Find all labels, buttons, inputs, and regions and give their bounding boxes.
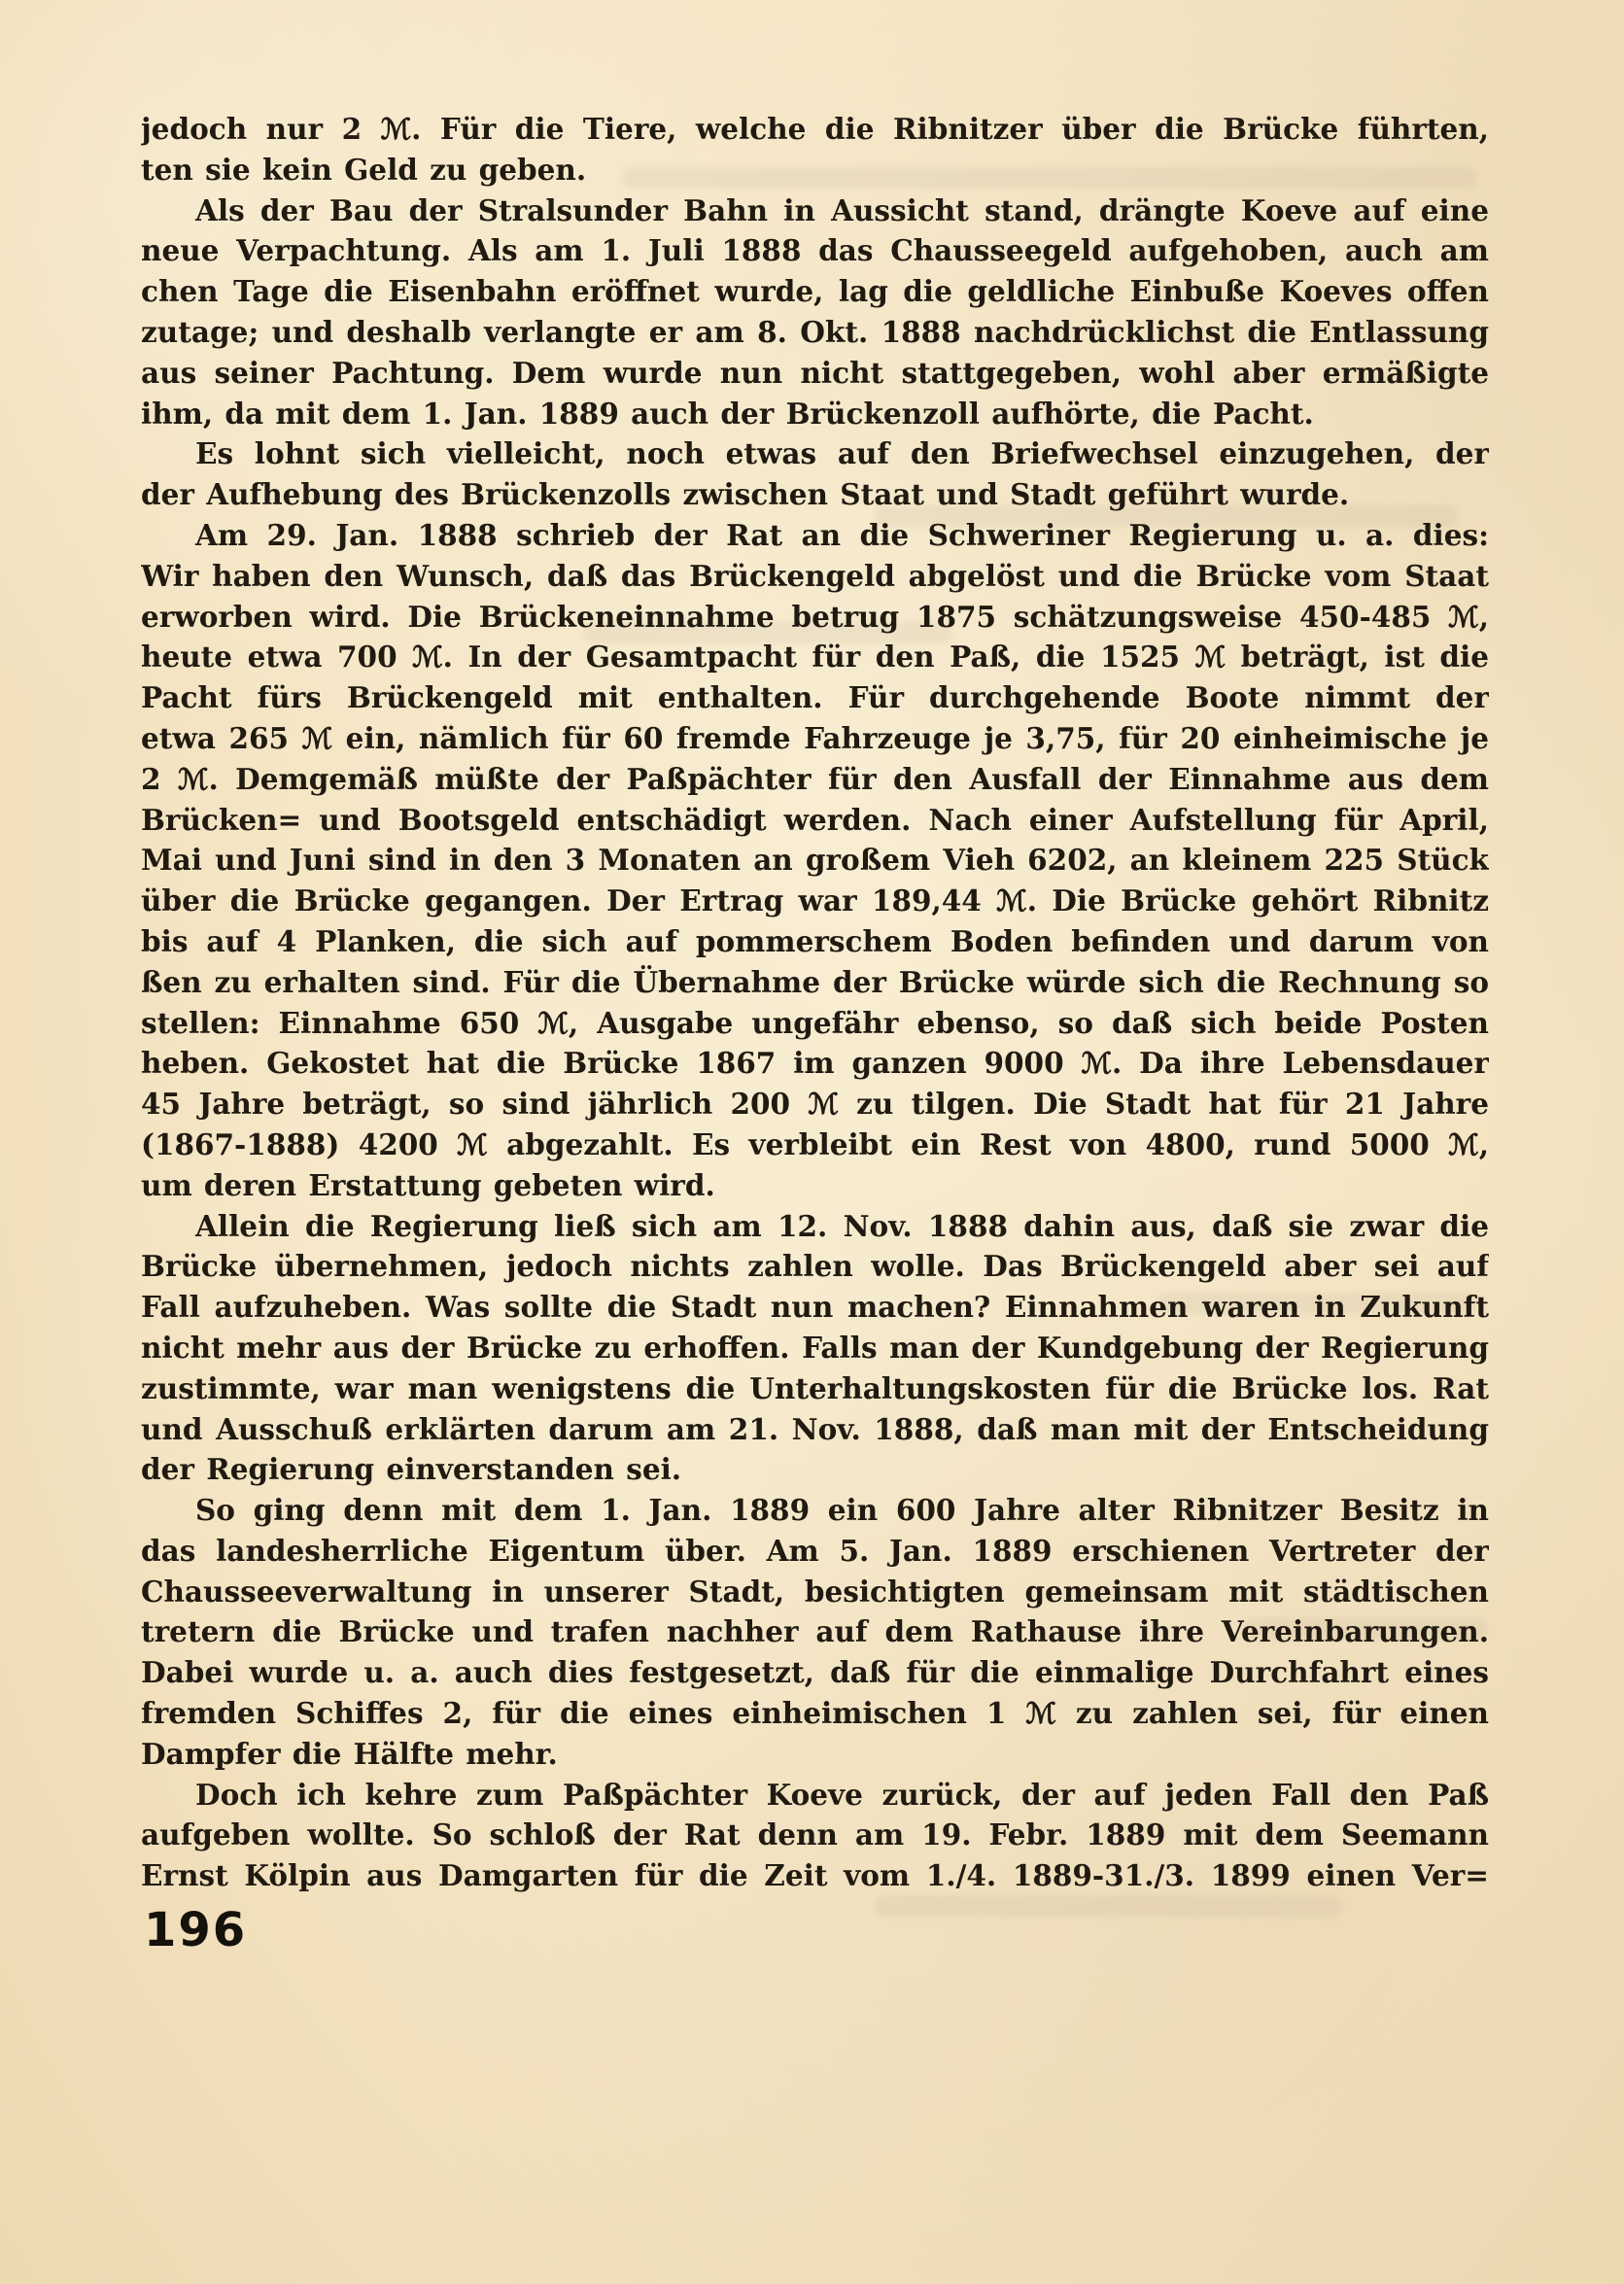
text-line: neue Verpachtung. Als am 1. Juli 1888 da… <box>141 230 1489 271</box>
text-line: Doch ich kehre zum Paßpächter Koeve zurü… <box>141 1775 1489 1816</box>
text-line: Allein die Regierung ließ sich am 12. No… <box>141 1206 1489 1247</box>
text-line: Mai und Juni sind in den 3 Monaten an gr… <box>141 840 1489 881</box>
text-line: um deren Erstattung gebeten wird. <box>141 1165 1489 1206</box>
text-line: etwa 265 ℳ ein, nämlich für 60 fremde Fa… <box>141 718 1489 759</box>
paragraph: jedoch nur 2 ℳ. Für die Tiere, welche di… <box>141 109 1489 190</box>
paragraph: Am 29. Jan. 1888 schrieb der Rat an die … <box>141 515 1489 1206</box>
text-line: Dampfer die Hälfte mehr. <box>141 1734 1489 1775</box>
paragraph: Allein die Regierung ließ sich am 12. No… <box>141 1206 1489 1491</box>
text-line: aufgeben wollte. So schloß der Rat denn … <box>141 1815 1489 1855</box>
text-line: Chausseeverwaltung in unserer Stadt, bes… <box>141 1572 1489 1612</box>
text-line: Wir haben den Wunsch, daß das Brückengel… <box>141 556 1489 597</box>
text-line: das landesherrliche Eigentum über. Am 5.… <box>141 1531 1489 1572</box>
text-line: stellen: Einnahme 650 ℳ, Ausgabe ungefäh… <box>141 1003 1489 1044</box>
text-line: chen Tage die Eisenbahn eröffnet wurde, … <box>141 271 1489 312</box>
paragraph: So ging denn mit dem 1. Jan. 1889 ein 60… <box>141 1490 1489 1775</box>
text-line: Brücke übernehmen, jedoch nichts zahlen … <box>141 1246 1489 1287</box>
text-line: und Ausschuß erklärten darum am 21. Nov.… <box>141 1409 1489 1450</box>
text-line: Am 29. Jan. 1888 schrieb der Rat an die … <box>141 515 1489 556</box>
text-line: 45 Jahre beträgt, so sind jährlich 200 ℳ… <box>141 1084 1489 1125</box>
text-line: über die Brücke gegangen. Der Ertrag war… <box>141 881 1489 921</box>
text-line: heute etwa 700 ℳ. In der Gesamtpacht für… <box>141 637 1489 677</box>
text-line: zustimmte, war man wenigstens die Unterh… <box>141 1368 1489 1409</box>
text-line: Dabei wurde u. a. auch dies festgesetzt,… <box>141 1652 1489 1693</box>
text-line: bis auf 4 Planken, die sich auf pommersc… <box>141 921 1489 962</box>
text-line: tretern die Brücke und trafen nachher au… <box>141 1611 1489 1652</box>
text-line: erworben wird. Die Brückeneinnahme betru… <box>141 597 1489 638</box>
text-line: zutage; und deshalb verlangte er am 8. O… <box>141 312 1489 353</box>
text-line: fremden Schiffes 2, für die eines einhei… <box>141 1693 1489 1734</box>
show-through-mark <box>875 1895 1341 1917</box>
text-line: aus seiner Pachtung. Dem wurde nun nicht… <box>141 353 1489 394</box>
text-line: Fall aufzuheben. Was sollte die Stadt nu… <box>141 1287 1489 1328</box>
text-line: ten sie kein Geld zu geben. <box>141 150 1489 190</box>
text-line: 2 ℳ. Demgemäß müßte der Paßpächter für d… <box>141 759 1489 800</box>
text-line: Als der Bau der Stralsunder Bahn in Auss… <box>141 190 1489 231</box>
text-line: nicht mehr aus der Brücke zu erhoffen. F… <box>141 1328 1489 1368</box>
text-line: Pacht fürs Brückengeld mit enthalten. Fü… <box>141 677 1489 718</box>
text-line: Es lohnt sich vielleicht, noch etwas auf… <box>141 433 1489 474</box>
text-line: jedoch nur 2 ℳ. Für die Tiere, welche di… <box>141 109 1489 150</box>
text-line: So ging denn mit dem 1. Jan. 1889 ein 60… <box>141 1490 1489 1531</box>
paragraph: Es lohnt sich vielleicht, noch etwas auf… <box>141 433 1489 515</box>
text-line: der Regierung einverstanden sei. <box>141 1449 1489 1490</box>
text-line: der Aufhebung des Brückenzolls zwischen … <box>141 474 1489 515</box>
paragraph: Doch ich kehre zum Paßpächter Koeve zurü… <box>141 1775 1489 1896</box>
page-text: jedoch nur 2 ℳ. Für die Tiere, welche di… <box>141 109 1489 1896</box>
text-line: Brücken= und Bootsgeld entschädigt werde… <box>141 800 1489 841</box>
text-line: (1867-1888) 4200 ℳ abgezahlt. Es verblei… <box>141 1125 1489 1165</box>
text-line: ßen zu erhalten sind. Für die Übernahme … <box>141 962 1489 1003</box>
text-line: heben. Gekostet hat die Brücke 1867 im g… <box>141 1043 1489 1084</box>
text-line: Ernst Kölpin aus Damgarten für die Zeit … <box>141 1855 1489 1896</box>
paragraph: Als der Bau der Stralsunder Bahn in Auss… <box>141 190 1489 434</box>
text-line: ihm, da mit dem 1. Jan. 1889 auch der Br… <box>141 394 1489 434</box>
page-number: 196 <box>144 1903 247 1957</box>
book-page: jedoch nur 2 ℳ. Für die Tiere, welche di… <box>0 0 1624 2284</box>
